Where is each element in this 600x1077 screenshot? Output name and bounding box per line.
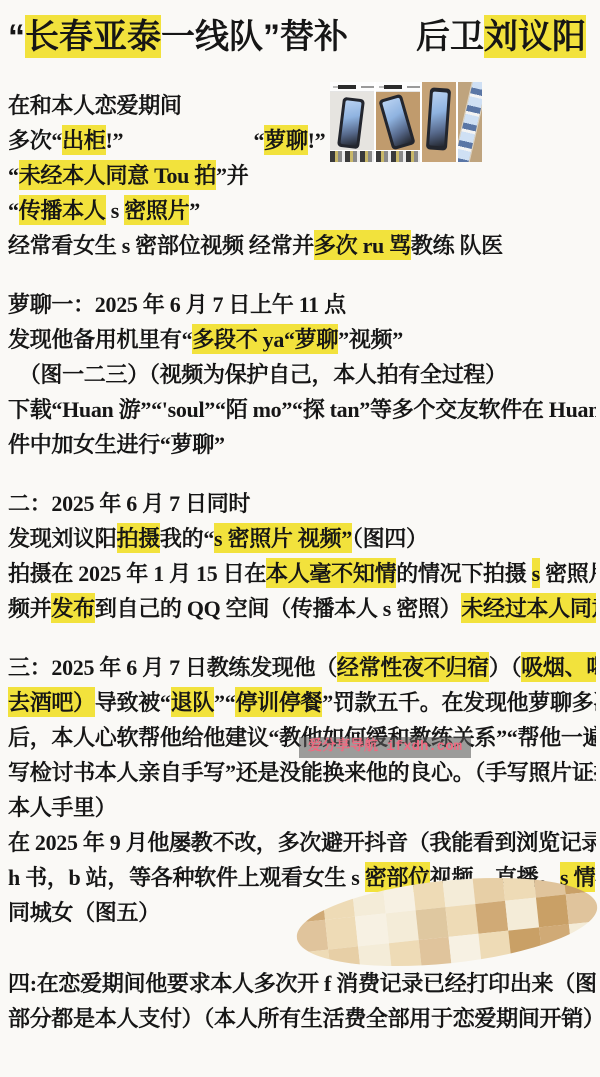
- highlighted-text: 未经本人同意 Tou 拍: [19, 160, 216, 190]
- evidence-photo-3: [422, 82, 456, 162]
- highlighted-text: 长春亚泰: [25, 15, 161, 58]
- mosaic-cell: [475, 901, 508, 933]
- highlighted-text: s: [532, 558, 540, 588]
- paragraph: 在和本人恋爱期间多次“出柜!” “萝聊!”“未经本人同意 Tou 拍”并“传播本…: [8, 88, 596, 263]
- highlighted-text: 吸烟、喝酒、: [521, 652, 596, 682]
- plain-text: 下载“Huan 游”“'soul”“陌 mo”“探 tan”等多个交友软件在 H…: [8, 397, 596, 422]
- screenshot-header: [330, 82, 374, 92]
- plain-text: ”并: [216, 163, 248, 188]
- mosaic-cell: [355, 914, 388, 946]
- phone-screen: [429, 91, 449, 147]
- highlighted-text: 退队: [171, 687, 214, 717]
- plain-text: !” “: [106, 128, 265, 153]
- mosaic-cell: [385, 911, 418, 943]
- plain-text: ”: [189, 198, 200, 223]
- text-line: 写检讨书本人亲自手写”还是没能换来他的良心。（手写照片证据也在: [8, 755, 596, 790]
- thumbnail-strip: [330, 150, 374, 162]
- plain-text: （图一二三）（视频为保护自己，本人拍有全过程）: [8, 362, 507, 387]
- text-line: 萝聊一：2025 年 6 月 7 日上午 11 点: [8, 287, 596, 322]
- watermark: 爱分享导航 ifxdh.com: [299, 737, 471, 758]
- highlighted-text: 本人毫不知情: [266, 558, 396, 588]
- highlighted-text: 去酒吧）: [8, 687, 95, 717]
- highlighted-text: 萝聊: [264, 125, 307, 155]
- plain-text: h 书，b 站，等各种软件上观看女生 s: [8, 865, 365, 890]
- highlighted-text: 出柜: [62, 125, 105, 155]
- mosaic-cell: [415, 907, 448, 939]
- highlighted-text: s 密照片 视频”: [214, 523, 352, 553]
- paragraph: 二：2025 年 6 月 7 日同时发现刘议阳拍摄我的“s 密照片 视频”（图四…: [8, 486, 596, 626]
- plain-text: ”“: [214, 690, 235, 715]
- highlighted-text: 多次 ru 骂: [314, 230, 411, 260]
- paragraph: 萝聊一：2025 年 6 月 7 日上午 11 点发现他备用机里有“多段不 ya…: [8, 287, 596, 462]
- highlighted-text: 发布: [51, 593, 94, 623]
- plain-text: 密照片、视: [540, 561, 596, 586]
- text-line: 在和本人恋爱期间: [8, 88, 596, 123]
- evidence-photo-2: [376, 82, 420, 162]
- photo-strip: [458, 82, 482, 162]
- text-line: 三：2025 年 6 月 7 日教练发现他（经常性夜不归宿）（吸烟、喝酒、: [8, 650, 596, 685]
- text-line: 拍摄在 2025 年 1 月 15 日在本人毫不知情的情况下拍摄 s 密照片、视: [8, 556, 596, 591]
- plain-text: 发现他备用机里有“: [8, 327, 192, 352]
- plain-text: 导致被“: [95, 690, 171, 715]
- plain-text: 写检讨书本人亲自手写”还是没能换来他的良心。（手写照片证据也在: [8, 760, 596, 785]
- text-line: 二：2025 年 6 月 7 日同时: [8, 486, 596, 521]
- phone-photo: [337, 97, 365, 149]
- plain-text: 拍摄在 2025 年 1 月 15 日在: [8, 561, 266, 586]
- screenshot-header: [376, 82, 420, 92]
- plain-text: 在 2025 年 9 月他屡教不改，多次避开抖音（我能看到浏览记录）在小: [8, 830, 596, 855]
- plain-text: 二：2025 年 6 月 7 日同时: [8, 491, 250, 516]
- watermark-text: 爱分享导航 ifxdh.com: [308, 737, 462, 758]
- highlighted-text: 停训停餐: [235, 687, 322, 717]
- plain-text: 经常看女生 s 密部位视频 经常并: [8, 233, 314, 258]
- plain-text: 的情况下拍摄: [396, 561, 531, 586]
- text-line: 下载“Huan 游”“'soul”“陌 mo”“探 tan”等多个交友软件在 H…: [8, 392, 596, 427]
- highlighted-text: 经常性夜不归宿: [337, 652, 489, 682]
- phone-screen: [340, 100, 362, 146]
- mosaic-cell: [445, 904, 478, 936]
- plain-text: “: [8, 198, 19, 223]
- highlighted-text: 拍摄: [117, 523, 160, 553]
- text-line: 本人手里）: [8, 790, 596, 825]
- phone-photo: [426, 87, 451, 150]
- text-line: 在 2025 年 9 月他屡教不改，多次避开抖音（我能看到浏览记录）在小: [8, 825, 596, 860]
- text-line: 频并发布到自己的 QQ 空间（传播本人 s 密照）未经过本人同意: [8, 591, 596, 626]
- plain-text: 多次“: [8, 128, 62, 153]
- plain-text: 在和本人恋爱期间: [8, 93, 182, 118]
- plain-text: 教练 队医: [411, 233, 503, 258]
- evidence-photo-collage: [330, 82, 480, 162]
- plain-text: 同城女（图五）: [8, 900, 160, 925]
- text-line: 发现刘议阳拍摄我的“s 密照片 视频”（图四）: [8, 521, 596, 556]
- plain-text: ”视频”: [338, 327, 403, 352]
- plain-text: “: [8, 18, 25, 56]
- plain-text: 到自己的 QQ 空间（传播本人 s 密照）: [95, 596, 462, 621]
- plain-text: 部分都是本人支付）（本人所有生活费全部用于恋爱期间开销）: [8, 1006, 596, 1031]
- evidence-photo-1: [330, 82, 374, 162]
- text-line: 多次“出柜!” “萝聊!”: [8, 123, 596, 158]
- highlighted-text: 多段不 ya“萝聊: [192, 324, 338, 354]
- highlighted-text: 密照片: [124, 195, 189, 225]
- text-line: “传播本人 s 密照片”: [8, 193, 596, 228]
- paragraph: 四:在恋爱期间他要求本人多次开 f 消费记录已经打印出来（图 6）（大部分都是本…: [8, 966, 596, 1036]
- text-line: 四:在恋爱期间他要求本人多次开 f 消费记录已经打印出来（图 6）（大: [8, 966, 596, 1001]
- mosaic-cell: [536, 895, 569, 927]
- plain-text: 件中加女生进行“萝聊”: [8, 432, 225, 457]
- highlighted-text: 未经过本人同意: [461, 593, 596, 623]
- plain-text: 发现刘议阳: [8, 526, 117, 551]
- plain-text: 萝聊一：2025 年 6 月 7 日上午 11 点: [8, 292, 346, 317]
- plain-text: “: [8, 163, 19, 188]
- plain-text: 频并: [8, 596, 51, 621]
- plain-text: s: [106, 198, 125, 223]
- text-line: 去酒吧）导致被“退队”“停训停餐”罚款五千。在发现他萝聊多次出 gui: [8, 685, 596, 720]
- page-title: “长春亚泰一线队”替补 后卫刘议阳: [8, 10, 596, 64]
- thumbnail-strip: [376, 150, 420, 162]
- plain-text: 视频、: [595, 865, 596, 890]
- text-line: 件中加女生进行“萝聊”: [8, 427, 596, 462]
- text-line: 经常看女生 s 密部位视频 经常并多次 ru 骂教练 队医: [8, 228, 596, 263]
- plain-text: 我的“: [160, 526, 214, 551]
- mosaic-cell: [506, 898, 539, 930]
- phone-photo: [378, 94, 415, 151]
- evidence-photo-4: [458, 82, 482, 162]
- text-line: “未经本人同意 Tou 拍”并: [8, 158, 596, 193]
- highlighted-text: 传播本人: [19, 195, 106, 225]
- plain-text: ）（: [489, 655, 521, 680]
- plain-text: 一线队”替补 后卫: [161, 18, 484, 56]
- mosaic-cell: [325, 917, 358, 949]
- plain-text: （图四）: [352, 526, 428, 551]
- plain-text: 本人手里）: [8, 795, 117, 820]
- plain-text: ”罚款五千。在发现他萝聊多次出 gui: [322, 690, 596, 715]
- highlighted-text: 刘议阳: [484, 15, 586, 58]
- plain-text: !”: [308, 128, 326, 153]
- plain-text: 四:在恋爱期间他要求本人多次开 f 消费记录已经打印出来（图 6）（大: [8, 971, 596, 996]
- text-line: 部分都是本人支付）（本人所有生活费全部用于恋爱期间开销）: [8, 1001, 596, 1036]
- phone-screen: [382, 98, 412, 147]
- plain-text: 三：2025 年 6 月 7 日教练发现他（: [8, 655, 337, 680]
- text-line: （图一二三）（视频为保护自己，本人拍有全过程）: [8, 357, 596, 392]
- text-line: 发现他备用机里有“多段不 ya“萝聊”视频”: [8, 322, 596, 357]
